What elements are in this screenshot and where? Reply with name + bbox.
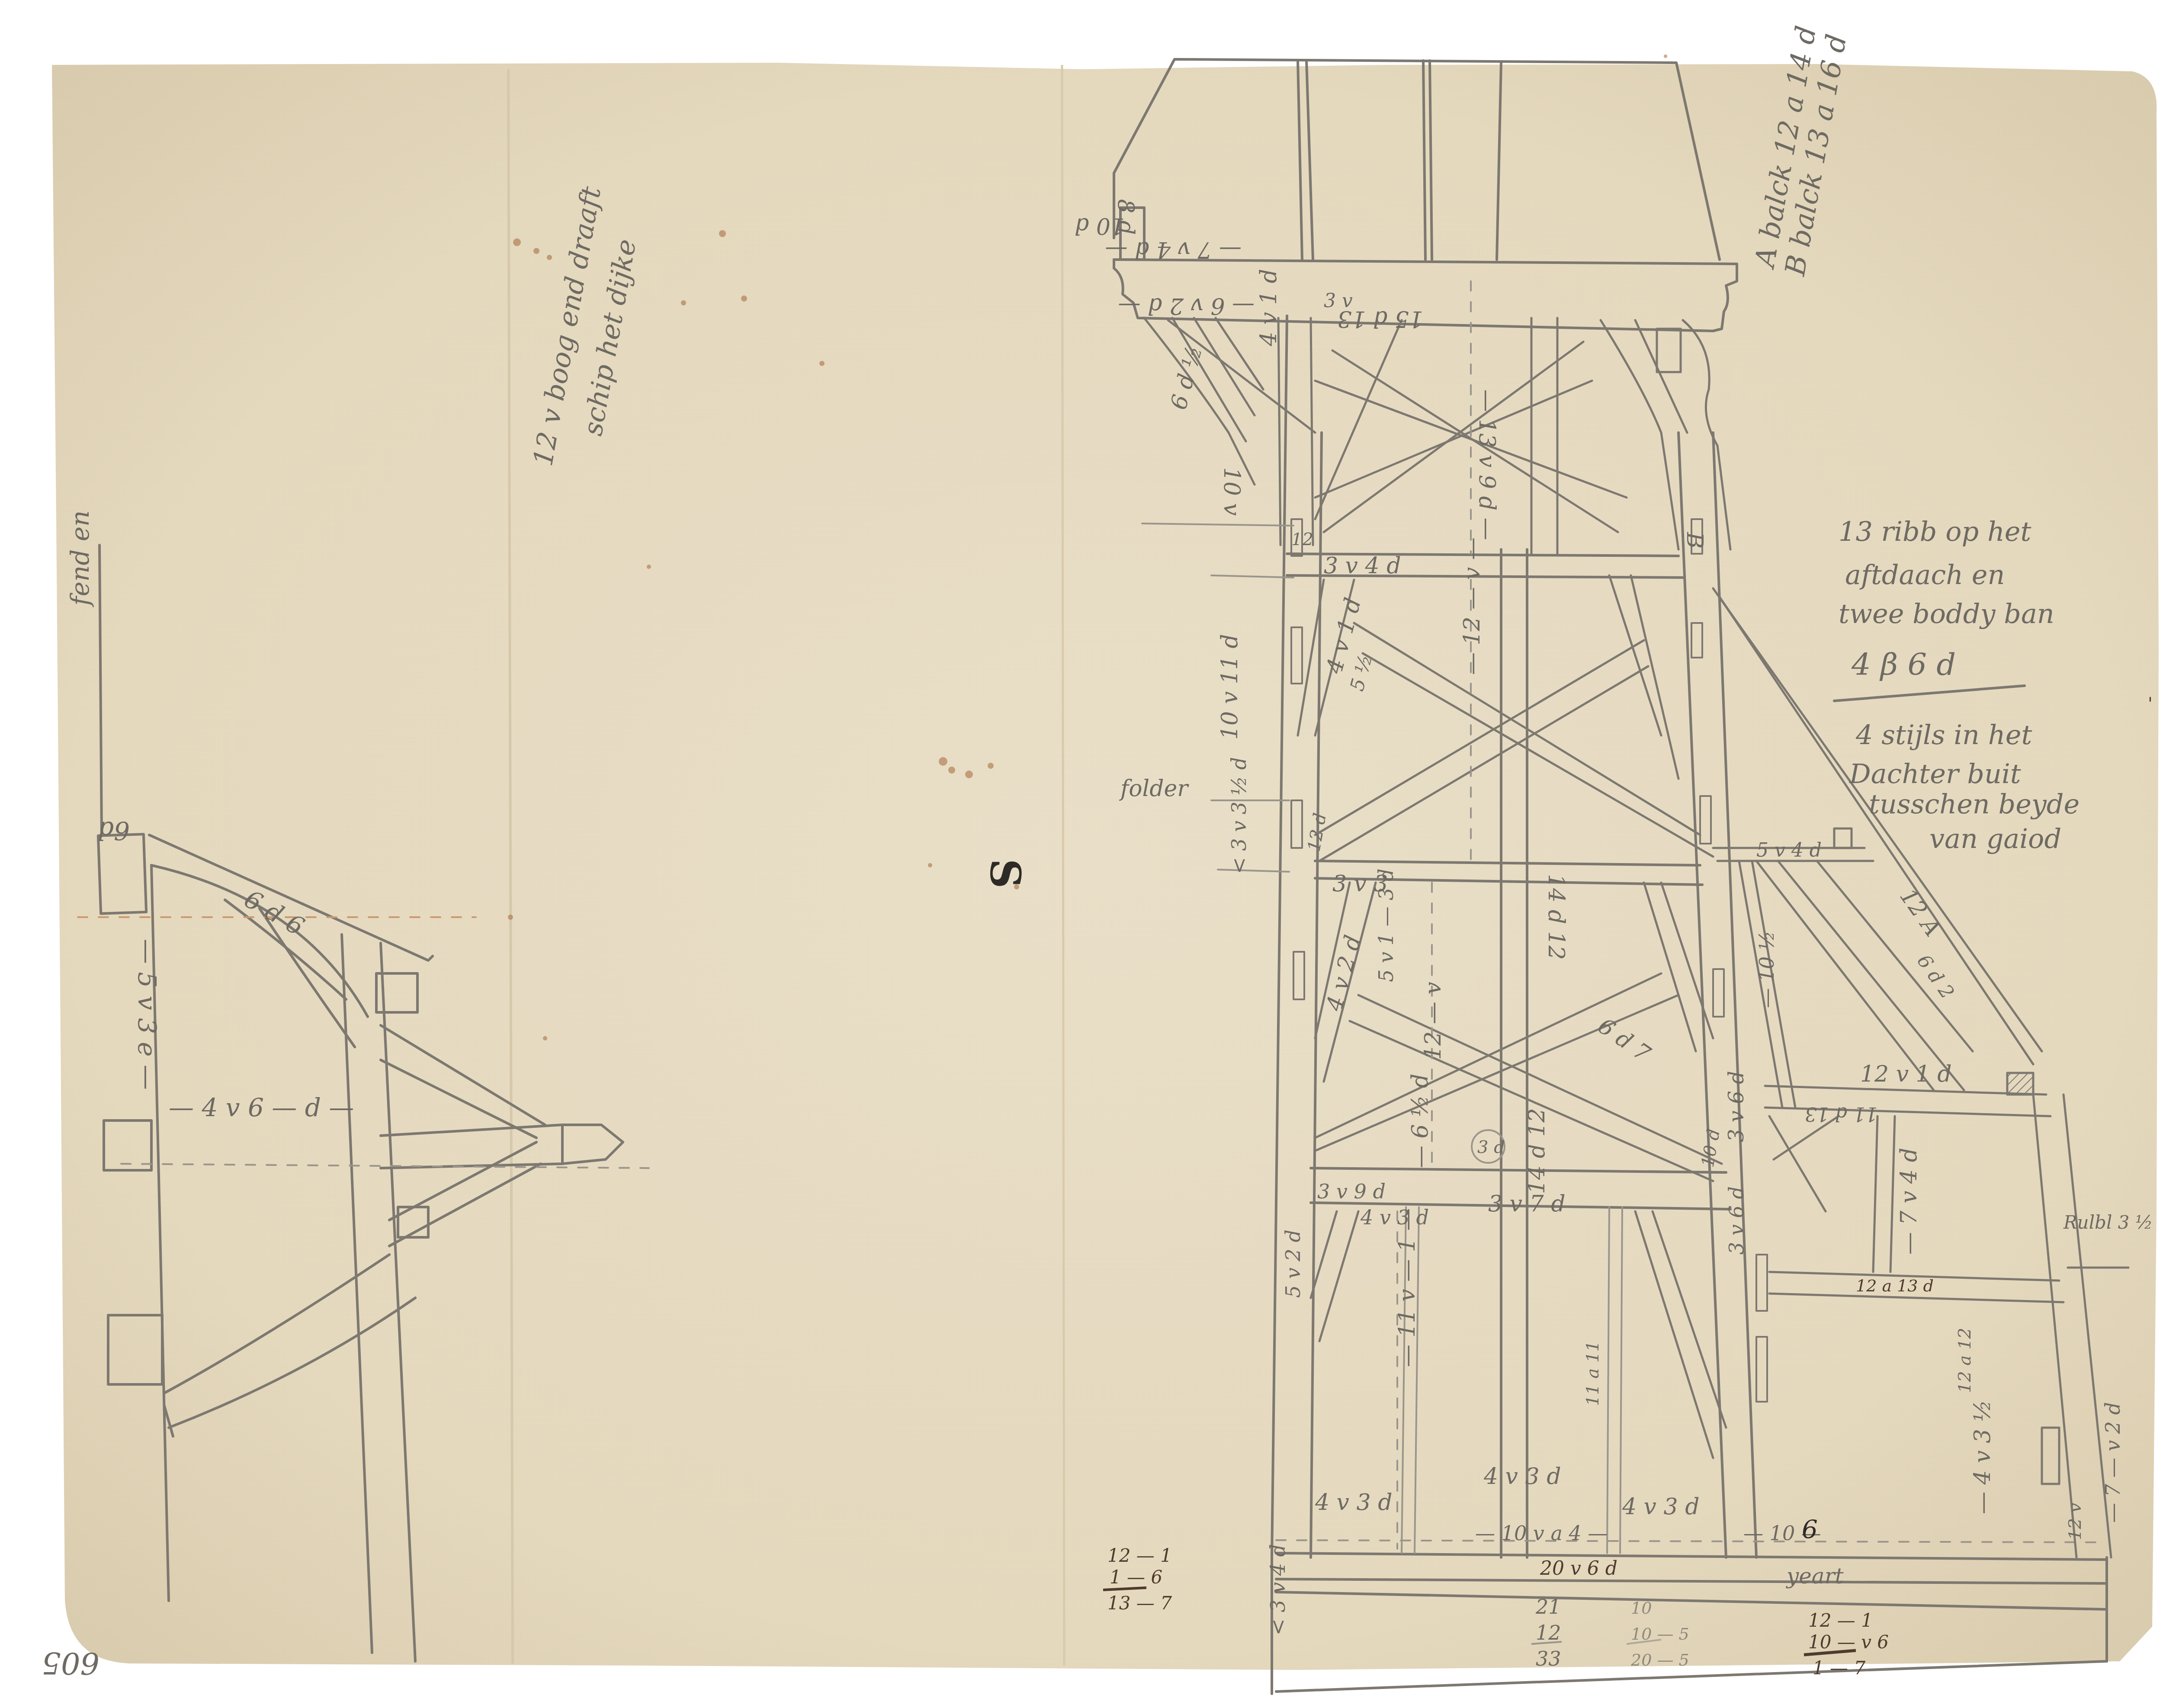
svg-text:— 5 v 3 e —: — 5 v 3 e —	[132, 939, 162, 1090]
svg-text:5 v 4 d: 5 v 4 d	[1756, 839, 1822, 861]
svg-text:fend en: fend en	[65, 510, 95, 607]
svg-text:tusschen beyde: tusschen beyde	[1869, 788, 2080, 820]
svg-text:< 3 v 3 ½ d: < 3 v 3 ½ d	[1227, 757, 1251, 874]
svg-text:aftdaach en: aftdaach en	[1845, 559, 2005, 591]
svg-text:8 d: 8 d	[1113, 199, 1139, 235]
svg-text:4 stijls in het: 4 stijls in het	[1855, 719, 2032, 751]
svg-text:21: 21	[1535, 1595, 1561, 1618]
svg-text:14 d 12: 14 d 12	[1524, 1108, 1550, 1194]
svg-text:— 4 v 3 ½: — 4 v 3 ½	[1970, 1400, 1996, 1514]
folio-number: 605	[42, 1645, 99, 1681]
svg-text:12 v: 12 v	[2065, 1503, 2085, 1540]
svg-text:— 12 — v —: — 12 — v —	[1459, 537, 1485, 675]
paper-sheet	[52, 63, 2159, 1670]
svg-text:10: 10	[1631, 1599, 1652, 1618]
sum-left: 12 — 1 1 — 6 13 — 7	[1103, 1545, 1172, 1614]
svg-text:— 11 v — 1 —: — 11 v — 1 —	[1394, 1208, 1420, 1367]
svg-text:13 — 7: 13 — 7	[1107, 1592, 1172, 1614]
svg-text:12 — 1: 12 — 1	[1808, 1610, 1873, 1631]
collection-stamp: S	[981, 859, 1029, 889]
svg-text:12 — 1: 12 — 1	[1107, 1545, 1172, 1566]
svg-text:6: 6	[1802, 1515, 1818, 1544]
svg-text:10 — 5: 10 — 5	[1631, 1625, 1689, 1644]
svg-text:Dachter buit: Dachter buit	[1849, 758, 2021, 790]
svg-text:3 v 6 d: 3 v 6 d	[1725, 1186, 1748, 1255]
svg-text:4 v 3 d: 4 v 3 d	[1315, 1490, 1392, 1515]
svg-text:folder: folder	[1119, 776, 1189, 802]
svg-text:12: 12	[1536, 1621, 1561, 1644]
svg-text:10 v: 10 v	[1219, 467, 1245, 516]
svg-text:12 v 1 d: 12 v 1 d	[1860, 1061, 1952, 1087]
svg-text:6d: 6d	[98, 816, 130, 845]
svg-text:11 a 11: 11 a 11	[1583, 1341, 1603, 1406]
svg-text:— 4 v 6 — d —: — 4 v 6 — d —	[169, 1093, 354, 1122]
svg-text:12 a 12: 12 a 12	[1955, 1328, 1975, 1393]
svg-text:33: 33	[1536, 1647, 1561, 1670]
drawing-sheet: 605 S 12 v boog end draaft schip het dij…	[0, 0, 2163, 1708]
svg-text:yeart: yeart	[1786, 1564, 1844, 1589]
svg-text:20 — 5: 20 — 5	[1630, 1650, 1689, 1669]
svg-text:4 v 3 d: 4 v 3 d	[1622, 1494, 1699, 1520]
svg-text:3 v 4 d: 3 v 4 d	[1324, 553, 1401, 579]
svg-text:4 v 1 d: 4 v 1 d	[1256, 269, 1282, 347]
svg-text:— 6 v 2 d —: — 6 v 2 d —	[1118, 293, 1255, 319]
svg-text:3 v 9 d: 3 v 9 d	[1317, 1180, 1386, 1203]
svg-text:20 v 6 d: 20 v 6 d	[1540, 1557, 1617, 1580]
svg-text:11 d 13: 11 d 13	[1805, 1103, 1877, 1125]
svg-text:5 v 1 — 3 d: 5 v 1 — 3 d	[1374, 869, 1398, 982]
svg-text:twee boddy ban: twee boddy ban	[1839, 598, 2054, 629]
svg-text:12 a 13 d: 12 a 13 d	[1856, 1276, 1934, 1295]
svg-text:10 — v 6: 10 — v 6	[1808, 1631, 1889, 1653]
svg-text:— 13 v 9 d —: — 13 v 9 d —	[1474, 389, 1500, 540]
svg-text:3 d: 3 d	[1477, 1137, 1505, 1157]
svg-text:— 10 ½: — 10 ½	[1755, 931, 1778, 1008]
svg-text:13 ribb op het: 13 ribb op het	[1839, 516, 2031, 547]
svg-text:3 v 7 d: 3 v 7 d	[1488, 1191, 1565, 1217]
svg-text:12 — v: 12 — v	[1420, 982, 1446, 1060]
svg-text:< 3 v 4 d: < 3 v 4 d	[1266, 1544, 1290, 1635]
sum-mid1: 21 12 33	[1531, 1595, 1562, 1670]
svg-text:— 7 — v 2 d: — 7 — v 2 d	[2101, 1402, 2124, 1523]
svg-text:— 7 v 4 d —: — 7 v 4 d —	[1105, 237, 1242, 263]
svg-text:4 β 6 d: 4 β 6 d	[1851, 647, 1956, 682]
svg-text:1 — 6: 1 — 6	[1110, 1567, 1162, 1588]
svg-text:— 10 v a 4 —: — 10 v a 4 —	[1475, 1522, 1608, 1545]
svg-text:4 v 3 d: 4 v 3 d	[1483, 1464, 1561, 1490]
svg-text:— 7 v 4 d: — 7 v 4 d	[1896, 1148, 1922, 1255]
svg-text:van gaiod: van gaiod	[1929, 823, 2061, 854]
svg-text:12: 12	[1291, 530, 1313, 549]
svg-text:3 v: 3 v	[1324, 290, 1353, 312]
svg-text:1 — 7: 1 — 7	[1813, 1657, 1865, 1679]
svg-text:B: B	[1682, 532, 1707, 549]
svg-text:5 v 2 d: 5 v 2 d	[1281, 1230, 1305, 1298]
svg-text:10 v 11 d: 10 v 11 d	[1217, 634, 1243, 740]
svg-text:Rulbl 3 ½: Rulbl 3 ½	[2063, 1212, 2153, 1233]
edge-mark: '	[2148, 694, 2153, 714]
svg-text:3 v 6 d: 3 v 6 d	[1724, 1071, 1749, 1142]
svg-text:— 6 ½ d: — 6 ½ d	[1407, 1074, 1433, 1168]
svg-text:14 d 12: 14 d 12	[1543, 874, 1569, 960]
